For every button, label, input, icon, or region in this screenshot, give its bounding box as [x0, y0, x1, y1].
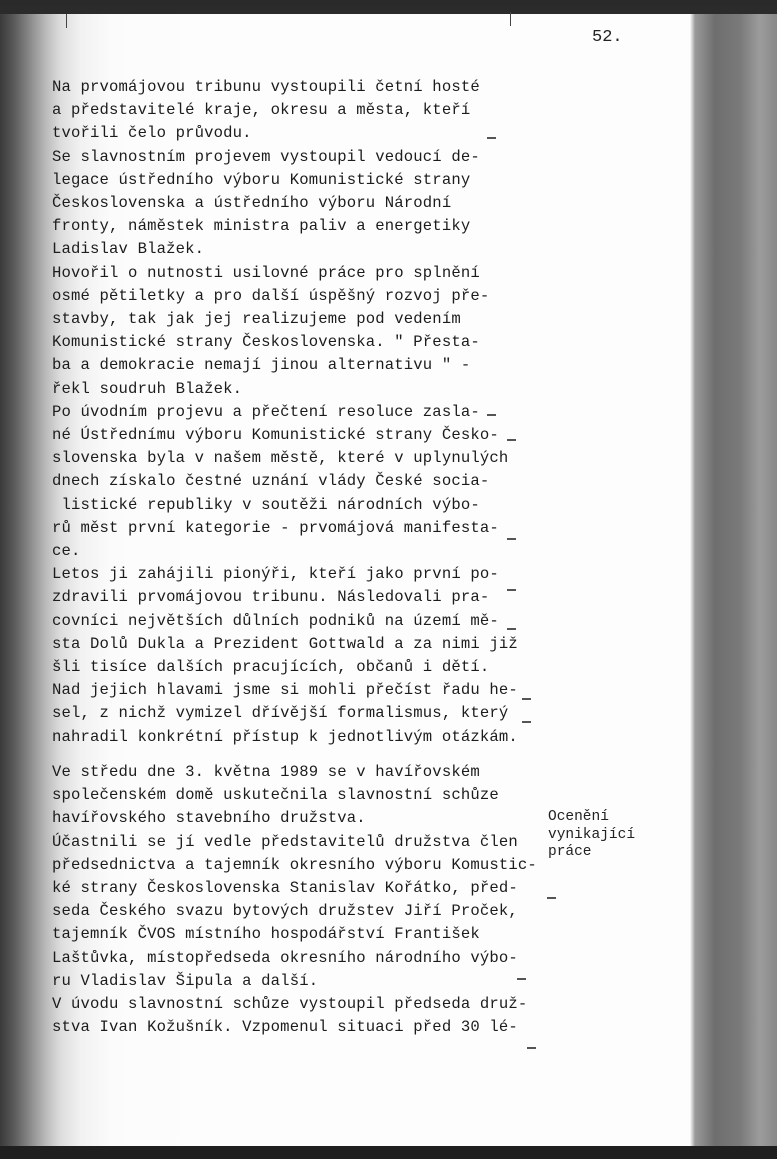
- text-line: dnech získalo čestné uznání vlády České …: [52, 470, 552, 493]
- correction-mark: [507, 439, 516, 441]
- body-text: Na prvomájovou tribunu vystoupili četní …: [52, 76, 552, 1039]
- text-line: sta Dolů Dukla a Prezident Gottwald a za…: [52, 633, 552, 656]
- text-line: řekl soudruh Blažek.: [52, 378, 552, 401]
- text-line: Se slavnostním projevem vystoupil vedouc…: [52, 146, 552, 169]
- text-line: Komunistické strany Československa. " Př…: [52, 331, 552, 354]
- text-line: V úvodu slavnostní schůze vystoupil před…: [52, 993, 552, 1016]
- text-line: slovenska byla v našem městě, které v up…: [52, 447, 552, 470]
- paragraph-may-day: Na prvomájovou tribunu vystoupili četní …: [52, 76, 552, 749]
- text-line: a představitelé kraje, okresu a města, k…: [52, 99, 552, 122]
- correction-mark: [527, 1047, 536, 1049]
- text-line: práce: [548, 844, 635, 862]
- text-line: Na prvomájovou tribunu vystoupili četní …: [52, 76, 552, 99]
- correction-mark: [522, 721, 531, 723]
- text-line: né Ústřednímu výboru Komunistické strany…: [52, 424, 552, 447]
- text-line: Laštůvka, místopředseda okresního národn…: [52, 947, 552, 970]
- text-line: stavby, tak jak jej realizujeme pod vede…: [52, 308, 552, 331]
- text-line: rů měst první kategorie - prvomájová man…: [52, 517, 552, 540]
- text-line: Ve středu dne 3. května 1989 se v havířo…: [52, 761, 552, 784]
- text-line: Letos ji zahájili pionýři, kteří jako pr…: [52, 563, 552, 586]
- text-line: tvořili čelo průvodu.: [52, 122, 552, 145]
- correction-mark: [487, 137, 496, 139]
- correction-mark: [517, 978, 526, 980]
- text-line: tajemník ČVOS místního hospodářství Fran…: [52, 923, 552, 946]
- text-line: legace ústředního výboru Komunistické st…: [52, 169, 552, 192]
- text-line: Hovořil o nutnosti usilovné práce pro sp…: [52, 262, 552, 285]
- text-line: listické republiky v soutěži národních v…: [52, 494, 552, 517]
- margin-note: Oceněnívynikajícípráce: [548, 809, 635, 862]
- text-line: společenském domě uskutečnila slavnostní…: [52, 784, 552, 807]
- correction-mark: [547, 897, 556, 899]
- scanned-page: 52. Na prvomájovou tribunu vystoupili če…: [0, 6, 777, 1146]
- text-line: seda Českého svazu bytových družstev Jiř…: [52, 900, 552, 923]
- text-line: fronty, náměstek ministra paliv a energe…: [52, 215, 552, 238]
- text-line: Nad jejich hlavami jsme si mohli přečíst…: [52, 679, 552, 702]
- text-line: zdravili prvomájovou tribunu. Následoval…: [52, 586, 552, 609]
- text-line: covníci největších důlních podniků na úz…: [52, 610, 552, 633]
- text-line: ké strany Československa Stanislav Kořát…: [52, 877, 552, 900]
- margin-mark: [510, 12, 511, 26]
- text-line: osmé pětiletky a pro další úspěšný rozvo…: [52, 285, 552, 308]
- text-line: ru Vladislav Šipula a další.: [52, 970, 552, 993]
- text-line: Československa a ústředního výboru Národ…: [52, 192, 552, 215]
- text-line: havířovského stavebního družstva.: [52, 807, 552, 830]
- text-line: nahradil konkrétní přístup k jednotlivým…: [52, 726, 552, 749]
- text-line: ba a demokracie nemají jinou alternativu…: [52, 354, 552, 377]
- text-line: vynikající: [548, 827, 635, 845]
- scan-top-border: [0, 6, 777, 14]
- text-line: ce.: [52, 540, 552, 563]
- text-line: stva Ivan Kožušník. Vzpomenul situaci př…: [52, 1016, 552, 1039]
- text-line: sel, z nichž vymizel dřívější formalismu…: [52, 702, 552, 725]
- text-line: Ocenění: [548, 809, 635, 827]
- paragraph-housing-cooperative: Ve středu dne 3. května 1989 se v havířo…: [52, 761, 552, 1039]
- text-line: předsednictva a tajemník okresního výbor…: [52, 854, 552, 877]
- correction-mark: [507, 538, 516, 540]
- text-line: Po úvodním projevu a přečtení resoluce z…: [52, 401, 552, 424]
- page-number: 52.: [592, 28, 623, 47]
- correction-mark: [507, 589, 516, 591]
- text-line: Účastnili se jí vedle představitelů druž…: [52, 831, 552, 854]
- scan-bottom-border: [0, 1146, 777, 1159]
- margin-mark: [66, 14, 67, 28]
- correction-mark: [507, 628, 516, 630]
- correction-mark: [522, 698, 531, 700]
- correction-mark: [487, 414, 496, 416]
- text-line: Ladislav Blažek.: [52, 238, 552, 261]
- text-line: šli tisíce dalších pracujících, občanů i…: [52, 656, 552, 679]
